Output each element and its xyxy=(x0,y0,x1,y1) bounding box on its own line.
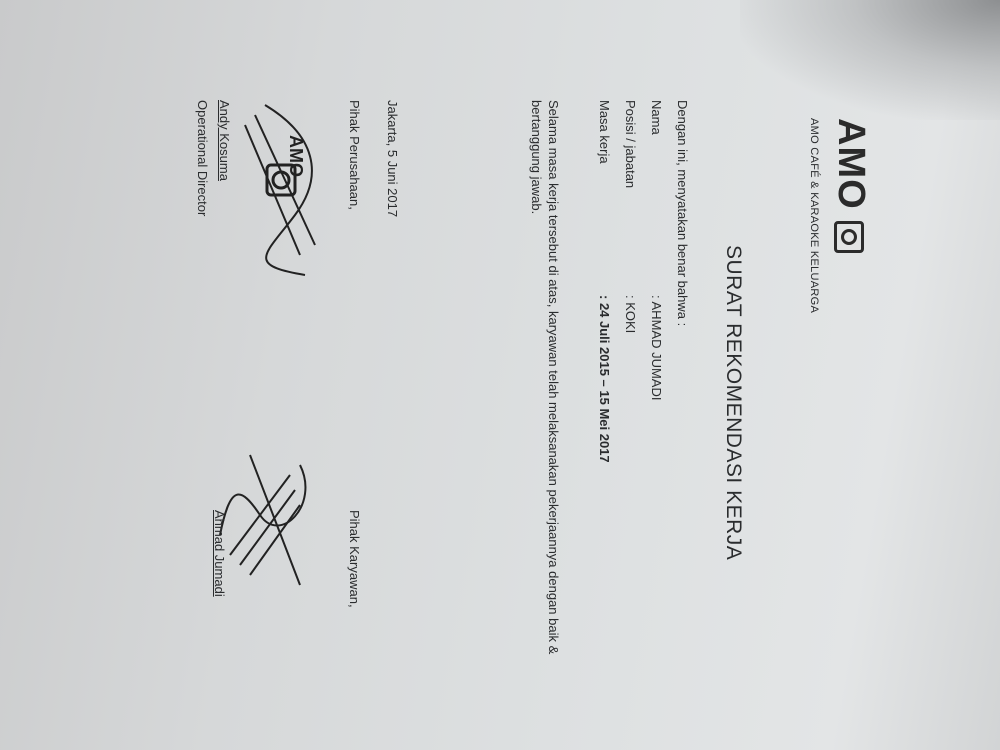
intro-text: Dengan ini, menyatakan benar bahwa : xyxy=(675,100,690,326)
employee-signer-name: Ahmad Jumadi xyxy=(212,510,227,597)
letter-page: AMO AMO CAFÉ & KARAOKE KELUARGA SURAT RE… xyxy=(0,0,1000,750)
field-position: Posisi / jabatan: KOKI xyxy=(623,100,638,333)
company-tagline: AMO CAFÉ & KARAOKE KELUARGA xyxy=(808,118,820,313)
field-name: Nama: AHMAD JUMADI xyxy=(649,100,664,400)
company-signer-name: Andy Kosuma xyxy=(217,100,232,181)
company-logo: AMO xyxy=(829,118,872,253)
company-signer-role: Operational Director xyxy=(195,100,210,216)
camera-icon xyxy=(834,221,864,253)
company-signature-stamp: AMO xyxy=(235,95,335,285)
document-title: SURAT REKOMENDASI KERJA xyxy=(721,245,745,560)
place-date: Jakarta, 5 Juni 2017 xyxy=(385,100,400,217)
company-party-label: Pihak Perusahaan, xyxy=(347,100,362,210)
body-paragraph: Selama masa kerja tersebut di atas, kary… xyxy=(528,100,562,660)
svg-text:AMO: AMO xyxy=(286,135,306,177)
employee-party-label: Pihak Karyawan, xyxy=(347,510,362,608)
field-tenure: Masa kerja: 24 Juli 2015 – 15 Mei 2017 xyxy=(597,100,612,463)
